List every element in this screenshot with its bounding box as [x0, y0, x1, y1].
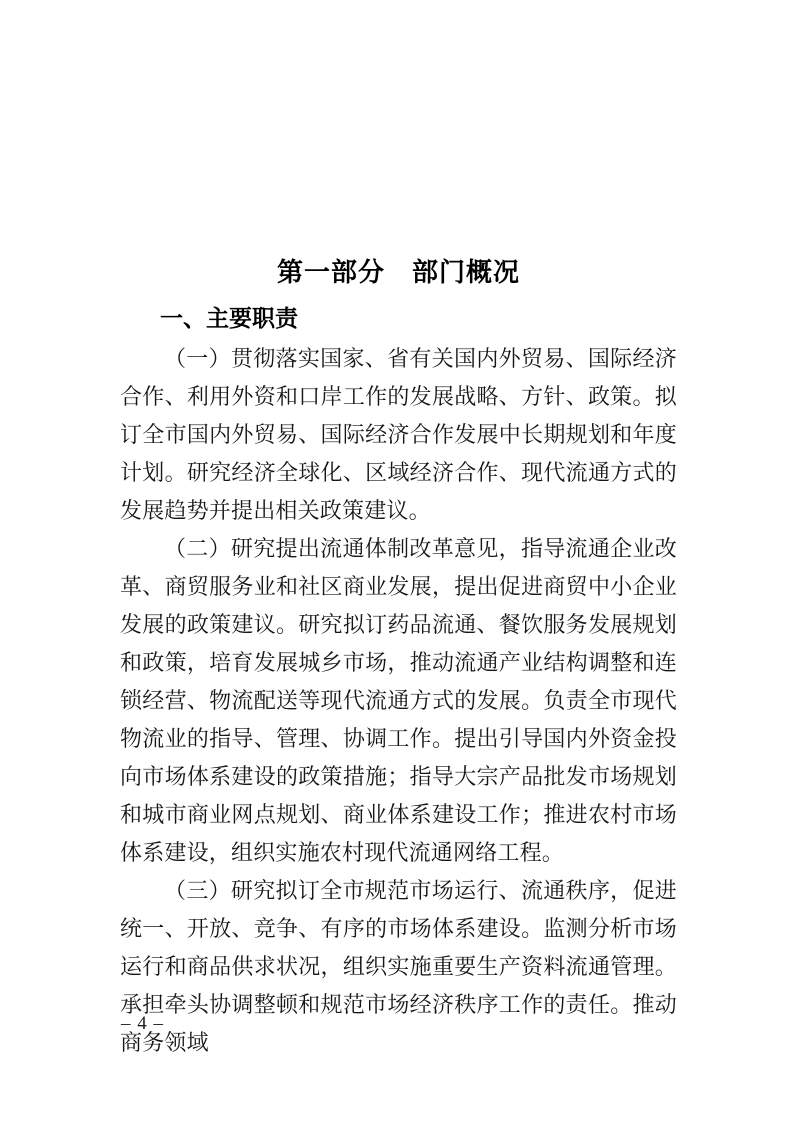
page-title: 第一部分 部门概况 [120, 250, 677, 294]
page-number: – 4 – [121, 1012, 164, 1036]
body-paragraph-3: （三）研究拟订全市规范市场运行、流通秩序，促进统一、开放、竞争、有序的市场体系建… [120, 872, 677, 1062]
document-content: 第一部分 部门概况 一、主要职责 （一）贯彻落实国家、省有关国内外贸易、国际经济… [120, 250, 677, 1062]
section-heading: 一、主要职责 [120, 296, 677, 340]
body-paragraph-2: （二）研究提出流通体制改革意见，指导流通企业改革、商贸服务业和社区商业发展，提出… [120, 530, 677, 872]
body-paragraph-1: （一）贯彻落实国家、省有关国内外贸易、国际经济合作、利用外资和口岸工作的发展战略… [120, 340, 677, 530]
document-page: 第一部分 部门概况 一、主要职责 （一）贯彻落实国家、省有关国内外贸易、国际经济… [0, 0, 793, 1122]
